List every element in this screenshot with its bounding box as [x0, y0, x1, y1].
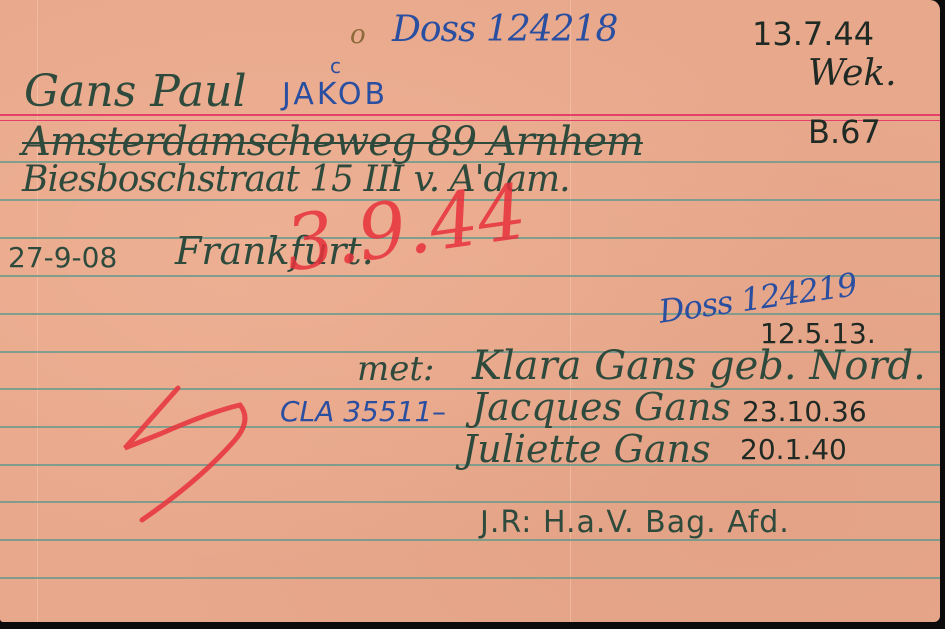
dossier-number: Doss 124218	[392, 12, 617, 48]
rule-line	[0, 577, 940, 579]
child-name: Juliette Gans	[462, 430, 711, 468]
header-abbrev: Wek.	[808, 56, 897, 92]
header-code: B.67	[808, 116, 881, 148]
old-address-struck: Amsterdamscheweg 89 Arnhem	[22, 122, 643, 162]
header-date: 13.7.44	[752, 18, 874, 50]
dash: –	[432, 398, 446, 426]
spouse-name: Klara Gans geb. Nord.	[472, 346, 926, 386]
birth-date: 27-9-08	[8, 244, 117, 272]
child-name: Jacques Gans	[472, 388, 731, 426]
surname-given-name: Gans Paul	[24, 70, 247, 114]
correction-mark: c	[330, 56, 341, 76]
reference-code: CLA 35511	[280, 398, 432, 426]
rule-line	[0, 313, 940, 315]
family-prefix: met:	[357, 352, 434, 386]
index-card: o Doss 124218 13.7.44 Wek. B.67 Gans Pau…	[0, 0, 940, 622]
circle-mark: o	[350, 22, 366, 48]
child-birthdate: 20.1.40	[740, 436, 847, 464]
rule-line	[0, 539, 940, 541]
footer-note: J.R: H.a.V. Bag. Afd.	[480, 508, 790, 538]
given-name-correction: Jakob	[282, 80, 388, 110]
child-birthdate: 23.10.36	[742, 398, 867, 426]
